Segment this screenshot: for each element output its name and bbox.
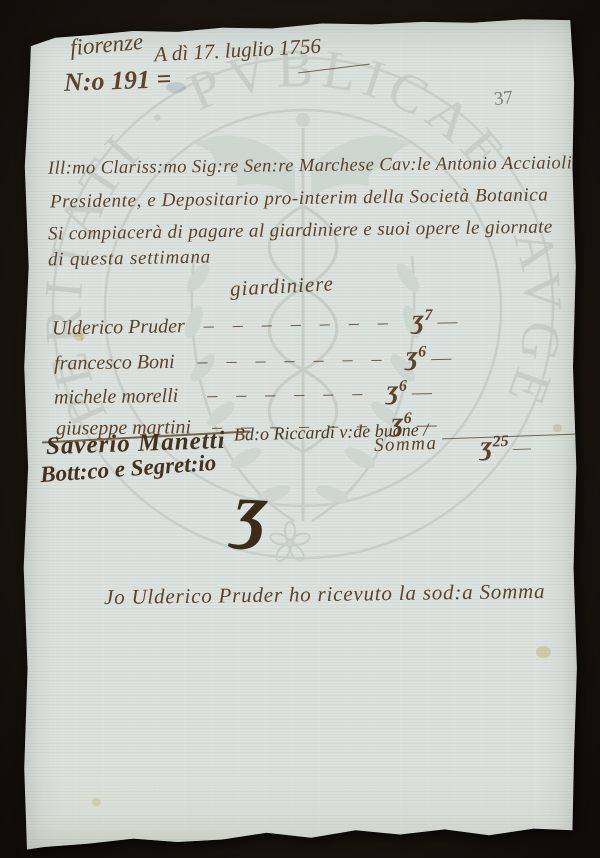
dash-leader: – – – – – – — [207, 382, 369, 406]
signature-paraph: ʒ — [232, 467, 271, 554]
stain — [92, 798, 101, 806]
flower-ornament-icon — [269, 522, 311, 563]
trailing-dash: — — [437, 310, 457, 332]
payment-row: Ulderico Pruder – – – – – – – ʒ7 — — [52, 302, 564, 342]
date-line: A dì 17. luglio 1756 — [153, 34, 321, 68]
manuscript-page: PROSPERITATI · PVBLICAE · AVGENDAE — [22, 16, 578, 852]
somma-amount-value: 25 — [492, 433, 509, 451]
amount-value: 7 — [424, 307, 432, 324]
somma-amount: ʒ25 — — [479, 429, 531, 462]
body-line-2: Presidente, e Depositario pro-interim de… — [50, 185, 549, 214]
photographed-manuscript: PROSPERITATI · PVBLICAE · AVGENDAE — [0, 0, 600, 858]
dash-leader: – – – – – – – — [197, 348, 388, 373]
amount-value: 6 — [399, 378, 407, 395]
amount-value: 6 — [418, 343, 426, 360]
trailing-dash: — — [512, 437, 531, 458]
payment-row: francesco Boni – – – – – – – ʒ6 — — [54, 338, 566, 376]
place-name: fiorenze — [69, 29, 144, 61]
payee-name: Ulderico Pruder — [52, 315, 185, 339]
body-line-3: Si compiacerà di pagare al giardiniere e… — [48, 216, 553, 245]
section-title: giardiniere — [229, 271, 334, 301]
trailing-dash: — — [412, 381, 432, 403]
document-number: N:o 191 = — [64, 64, 172, 98]
currency-symbol: ʒ — [386, 375, 399, 405]
payee-name: francesco Boni — [54, 351, 175, 375]
dash-leader: – – – – – – – — [204, 311, 395, 336]
currency-symbol: ʒ — [479, 430, 493, 460]
payee-name: michele morelli — [54, 385, 179, 409]
body-line-4: di questa settimana — [48, 247, 211, 272]
stain — [536, 646, 551, 658]
trailing-dash: — — [431, 347, 451, 369]
currency-symbol: ʒ — [411, 304, 424, 334]
folio-number-pencil: 37 — [493, 87, 514, 111]
currency-symbol: ʒ — [405, 340, 418, 370]
date-underline — [298, 64, 370, 74]
receipt-line: Jo Ulderico Pruder ho ricevuto la sod:a … — [104, 579, 546, 610]
body-line-1: Ill:mo Clariss:mo Sig:re Sen:re Marchese… — [48, 153, 572, 179]
payment-row: michele morelli – – – – – – ʒ6 — — [54, 372, 566, 410]
